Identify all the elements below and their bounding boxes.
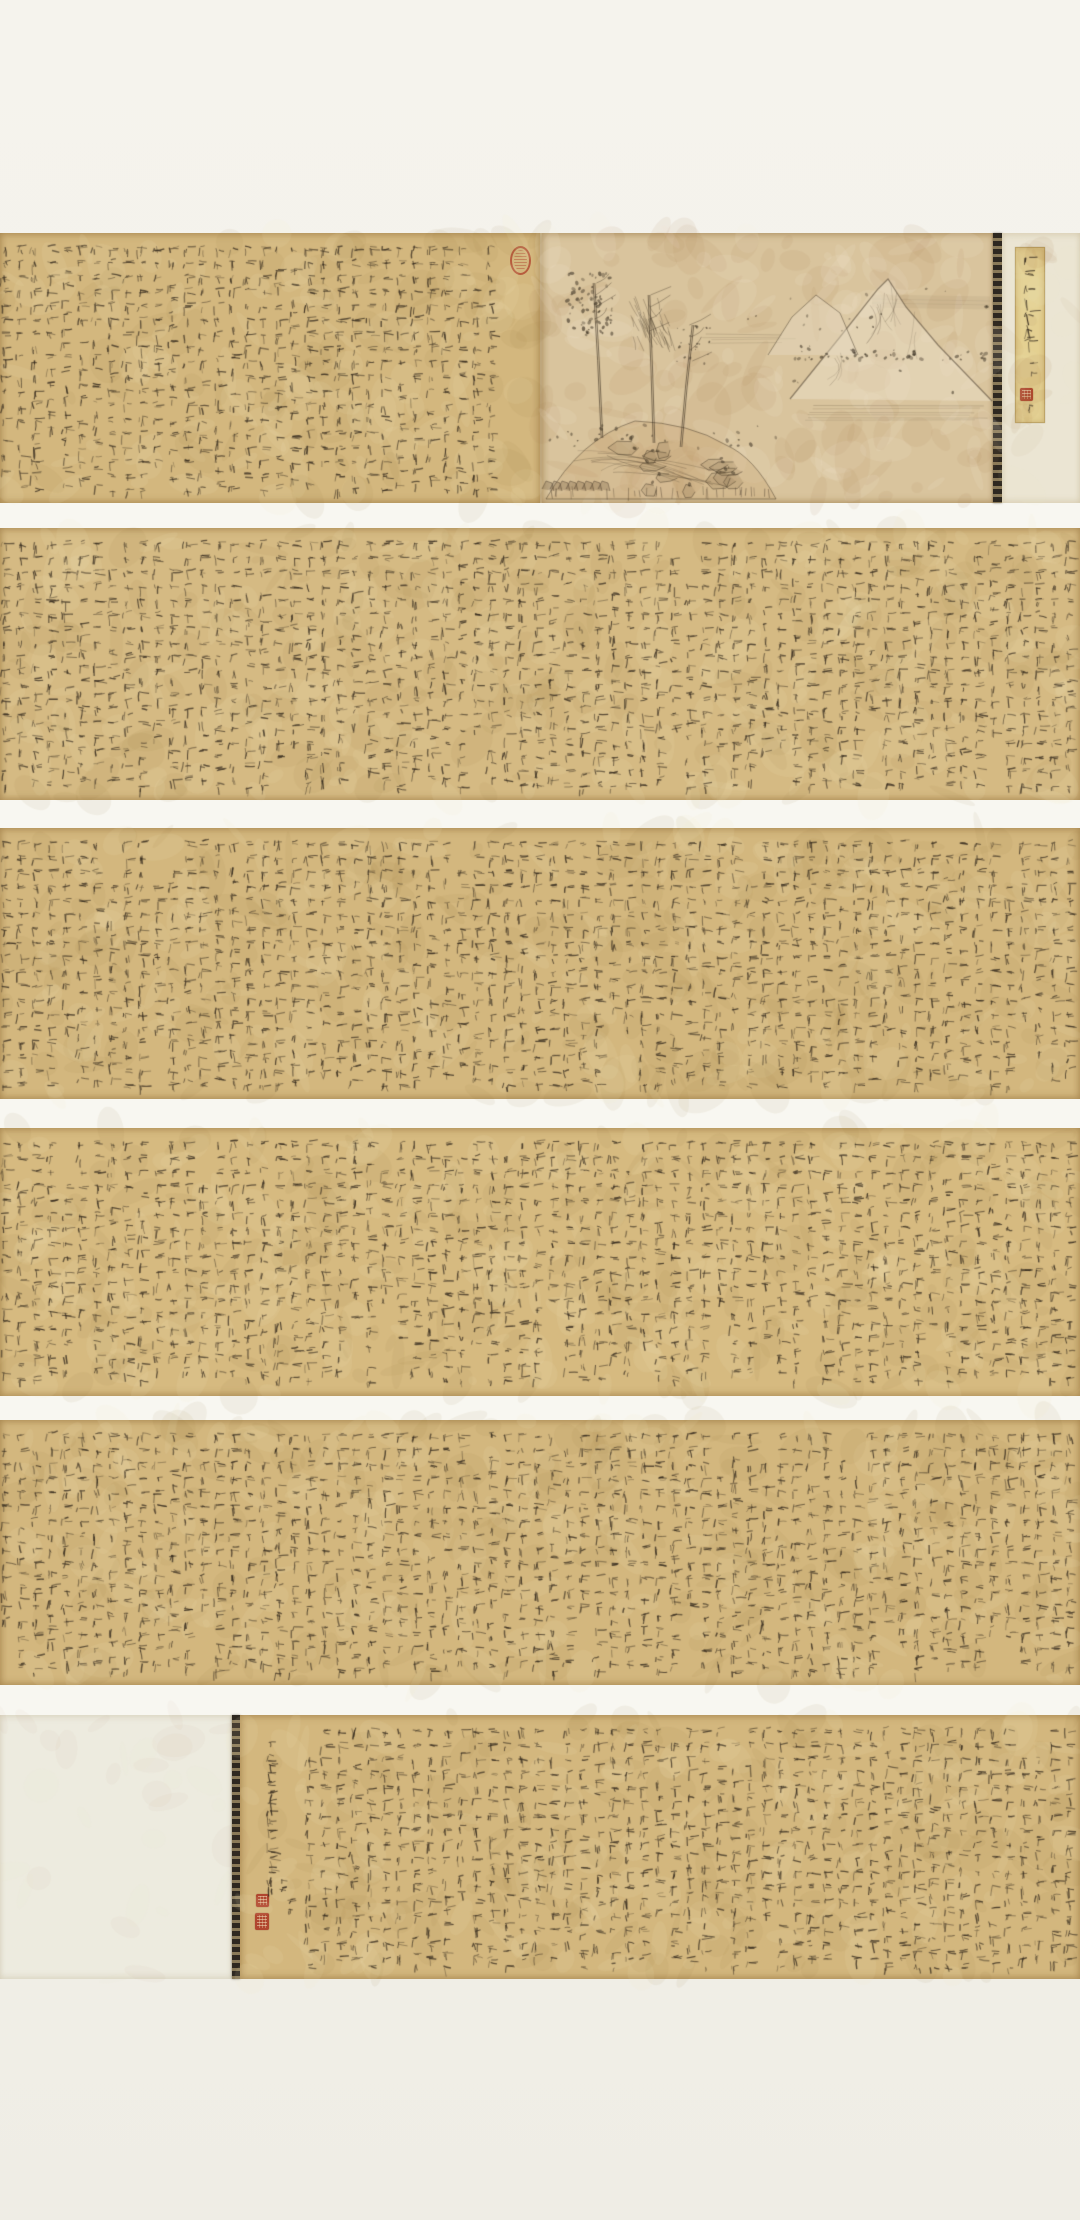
mounting-stitch-border <box>232 1715 240 1979</box>
signature-seal-upper <box>256 1894 269 1907</box>
mounting-gap <box>0 1685 1080 1715</box>
scroll-section-6: 趙孟頫字子昂號松雪道人浙江湖州人 右錄趙孟頫松雪齋題跋數則壬寅秋月 <box>0 1715 1080 1979</box>
colophon-panel: 趙孟頫字子昂號松雪道人浙江湖州人 <box>240 1715 1080 1979</box>
scroll-section-2 <box>0 528 1080 800</box>
scroll-section-4 <box>0 1128 1080 1396</box>
scroll-section-1: 松雪齋題跋選抄 <box>0 233 1080 503</box>
signature-seal-lower <box>255 1913 269 1930</box>
end-blank-panel <box>0 1715 232 1979</box>
mounting-stitch-border <box>993 233 1002 503</box>
mounting-gap <box>0 800 1080 828</box>
mounting-gap <box>0 1396 1080 1420</box>
mounting-gap <box>0 1099 1080 1128</box>
colophon-note-text: 趙孟頫字子昂號松雪道人浙江湖州人 <box>240 1715 1080 1979</box>
calligraphy-panel-3 <box>0 828 1080 1099</box>
calligraphy-panel-1 <box>0 233 540 503</box>
opening-collector-seal <box>510 246 531 275</box>
calligraphy-panel-5 <box>0 1420 1080 1685</box>
title-slip: 松雪齋題跋選抄 <box>1015 247 1045 423</box>
frontispiece-panel: 松雪齋題跋選抄 <box>1002 233 1080 503</box>
scroll-section-5 <box>0 1420 1080 1685</box>
title-slip-seal <box>1020 388 1033 401</box>
handscroll-scan: 松雪齋題跋選抄 趙孟頫字子昂號松雪道人浙江湖州人 右錄趙孟頫松雪齋題跋數則壬寅秋… <box>0 0 1080 2220</box>
calligraphy-panel-2 <box>0 528 1080 800</box>
signature-block: 右錄趙孟頫松雪齋題跋數則壬寅秋月 <box>250 1733 306 1947</box>
landscape-painting <box>540 233 995 503</box>
scroll-section-3 <box>0 828 1080 1099</box>
mounting-gap <box>0 503 1080 528</box>
calligraphy-panel-4 <box>0 1128 1080 1396</box>
